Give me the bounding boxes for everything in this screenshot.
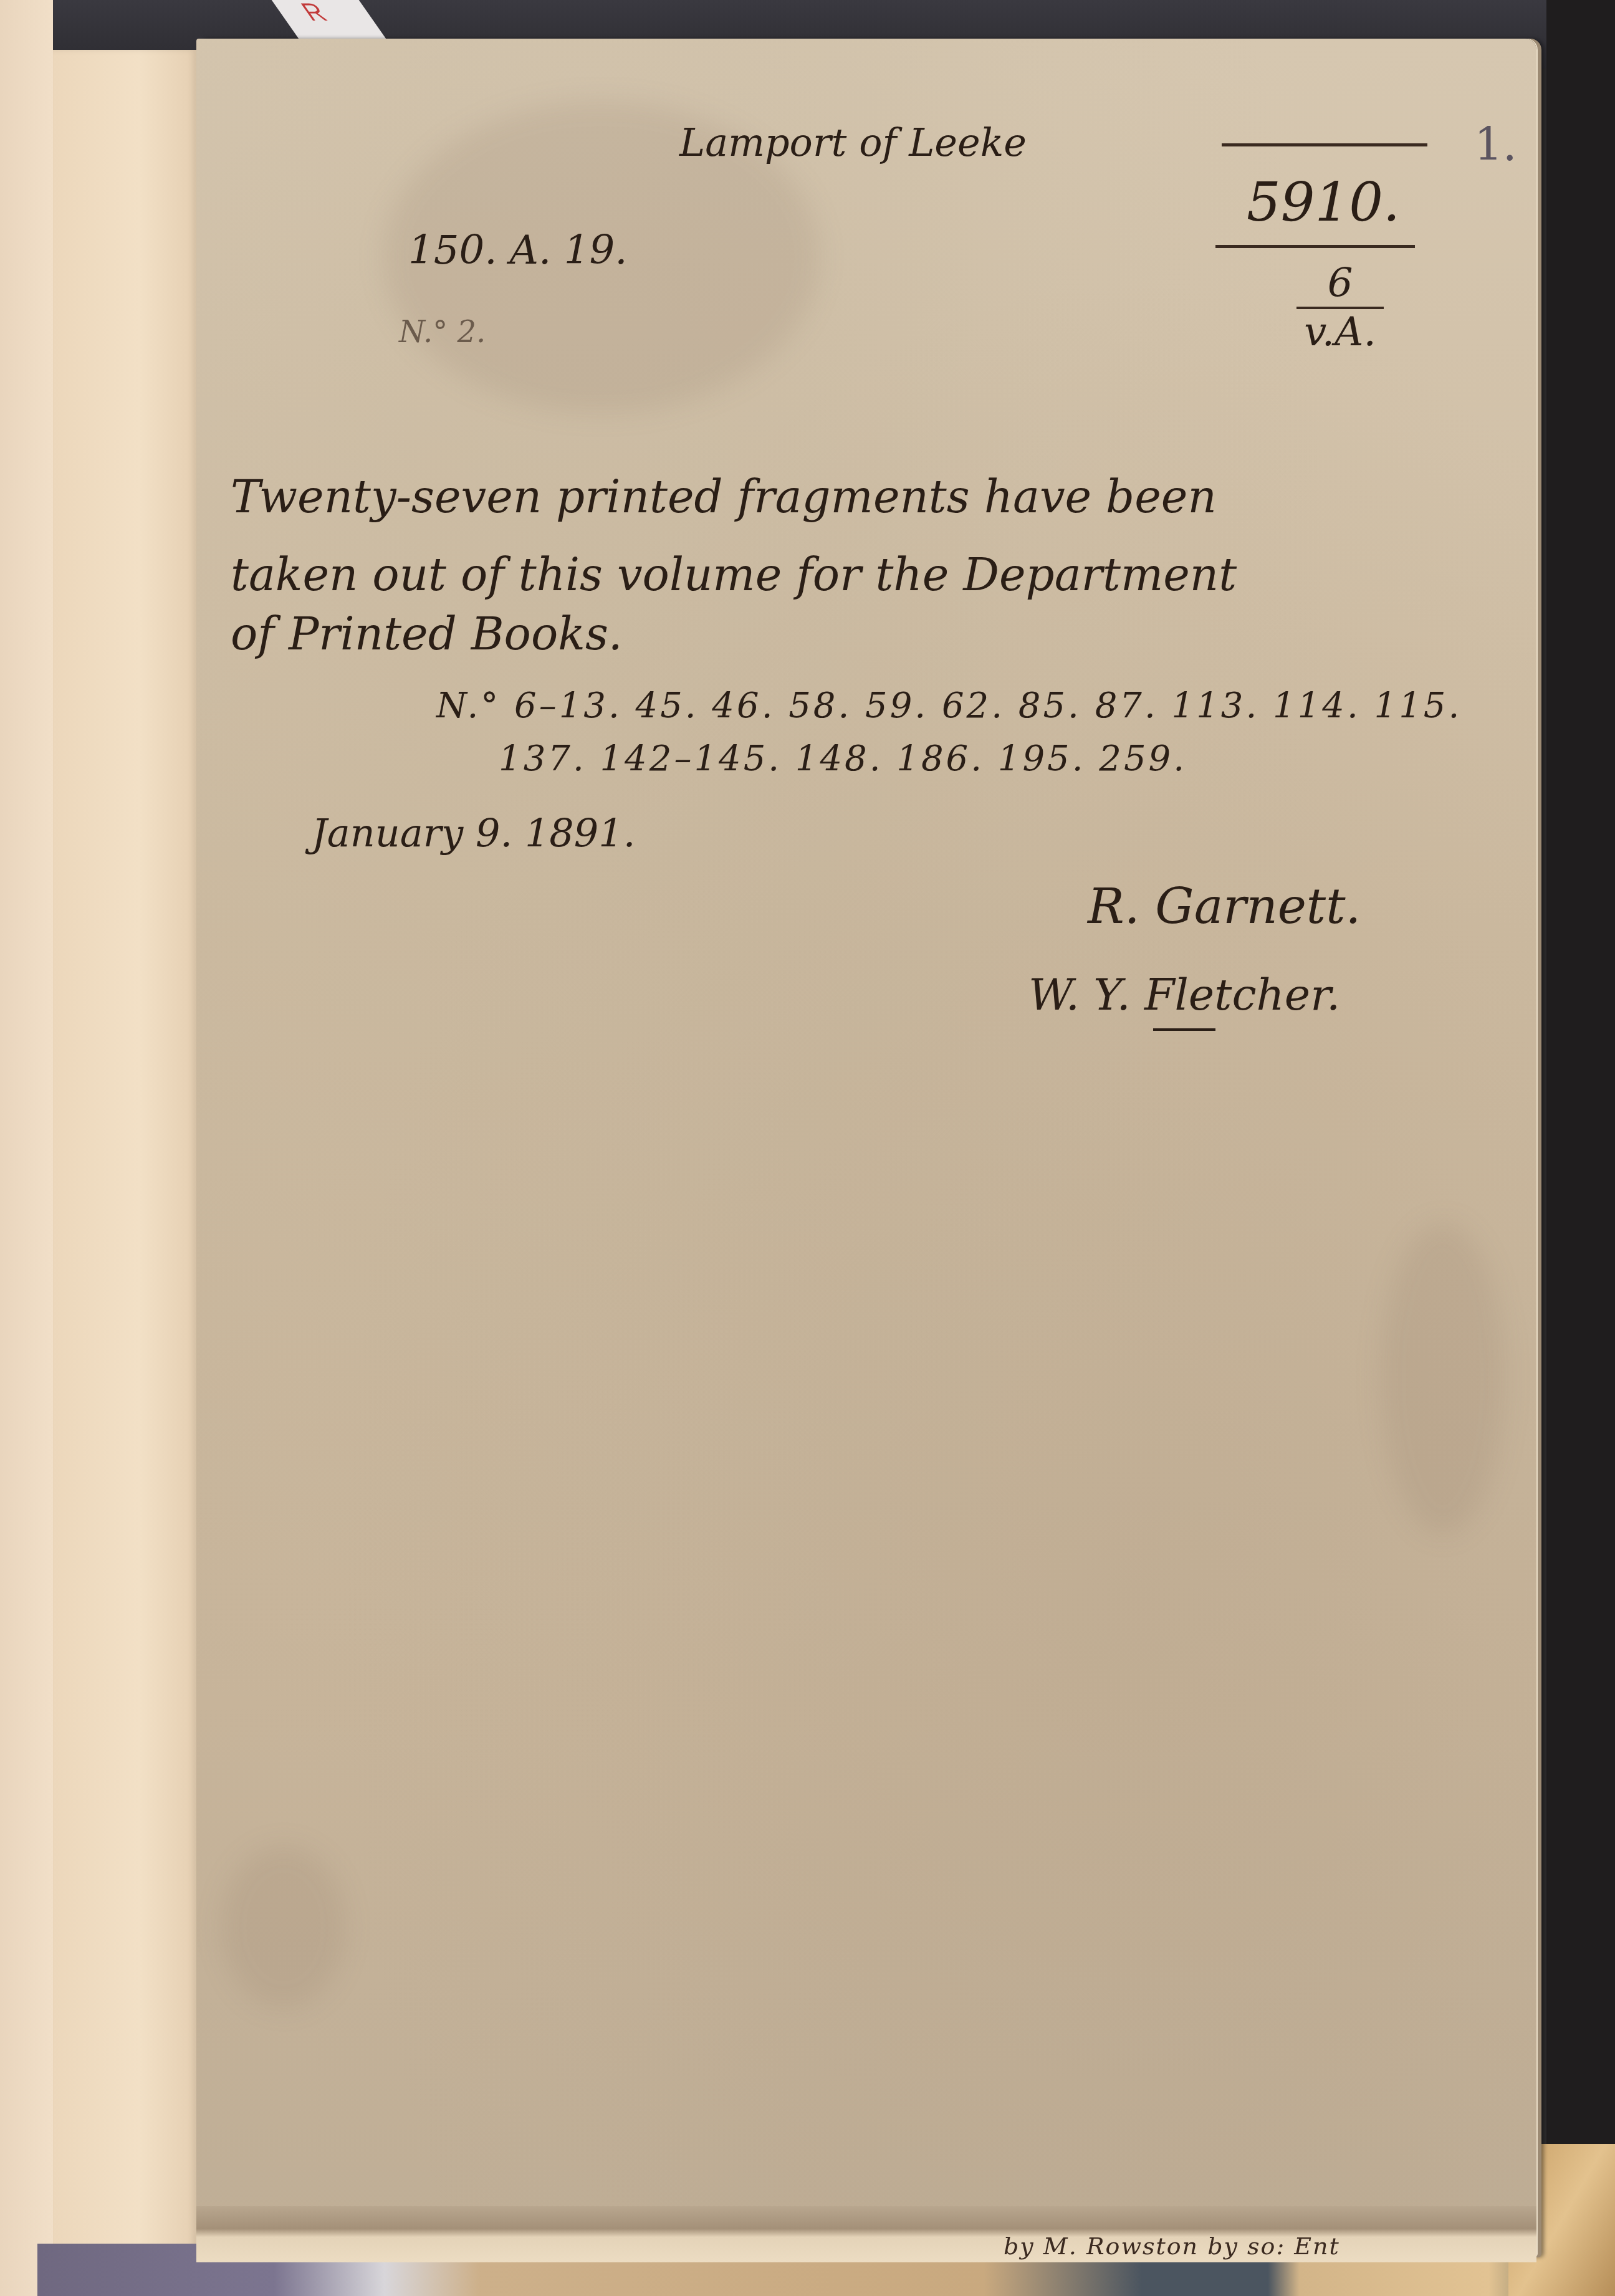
pressmark-fraction-bottom: v.A.	[1222, 309, 1459, 355]
manuscript-page	[196, 39, 1536, 2257]
shelfmark: 150. A. 19.	[408, 227, 628, 274]
left-flyleaf-outer	[0, 0, 53, 2296]
item-number: N.° 2.	[399, 315, 486, 350]
pressmark-fraction-top: 6	[1222, 248, 1459, 307]
note-date: January 9. 1891.	[312, 810, 635, 856]
signature-fletcher: W. Y. Fletcher.	[1028, 969, 1340, 1020]
heading-scribble: Lamport of Leeke	[679, 120, 1027, 165]
signature-underline	[1153, 1028, 1215, 1031]
signature-garnett: R. Garnett.	[1088, 879, 1361, 935]
fragment-numbers: N.° 6–13. 45. 46. 58. 59. 62. 85. 87. 11…	[436, 686, 1462, 726]
note-line: Twenty-seven printed fragments have been	[231, 471, 1217, 523]
note-line: taken out of this volume for the Departm…	[231, 548, 1237, 601]
book-binding	[1546, 0, 1615, 2296]
pressmark: 5910. 6 v.A.	[1222, 143, 1459, 355]
bookmark-label: R	[295, 0, 333, 26]
paper-stain	[221, 1846, 346, 2008]
note-line: of Printed Books.	[231, 608, 623, 660]
bottom-edge-note: by M. Rowston by so: Ent	[1004, 2232, 1340, 2260]
fragment-numbers: 137. 142–145. 148. 186. 195. 259.	[499, 739, 1187, 779]
left-flyleaf-inner	[53, 50, 196, 2269]
pressmark-number: 5910.	[1222, 146, 1459, 245]
paper-stain	[1381, 1223, 1505, 1534]
folio-mark: 1.	[1474, 118, 1517, 171]
